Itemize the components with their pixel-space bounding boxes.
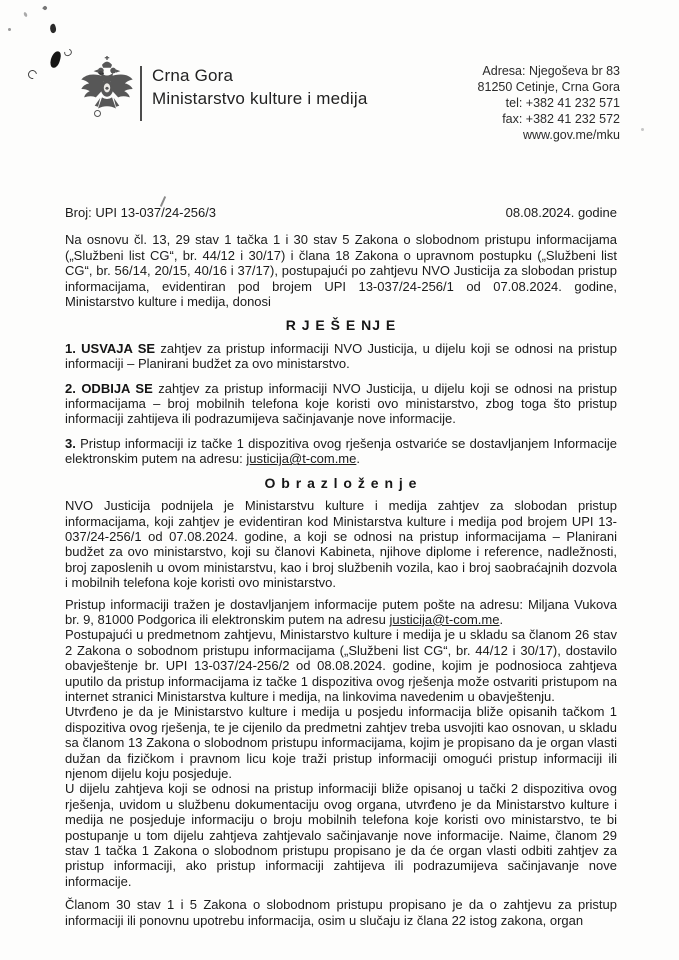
- ministry-name: Ministarstvo kulture i medija: [152, 87, 368, 110]
- ink-smudge: [8, 28, 11, 31]
- letterhead-divider: [140, 66, 142, 121]
- ink-smudge: [42, 5, 48, 11]
- document-date: 08.08.2024. godine: [506, 205, 617, 220]
- legal-basis-paragraph: Na osnovu čl. 13, 29 stav 1 tačka 1 i 30…: [65, 232, 617, 309]
- explanation-block: Pristup informaciji tražen je dostavljan…: [65, 597, 617, 890]
- meta-row: Broj: UPI 13-037/24-256/3 08.08.2024. go…: [65, 205, 617, 220]
- scanned-document-page: Crna Gora Ministarstvo kulture i medija …: [0, 0, 679, 960]
- contact-fax: fax: +382 41 232 572: [478, 111, 620, 127]
- country-name: Crna Gora: [152, 64, 368, 87]
- refusal-paragraph: U dijelu zahtjeva koji se odnosi na pris…: [65, 781, 617, 889]
- delivery-text: Pristup informaciji tražen je dostavljan…: [65, 597, 617, 627]
- request-paragraph: NVO Justicija podnijela je Ministarstvu …: [65, 498, 617, 590]
- delivery-text-after: .: [499, 612, 503, 627]
- issuer-block: Crna Gora Ministarstvo kulture i medija: [152, 64, 368, 110]
- decision-item-2-lead: 2. ODBIJA SE: [65, 381, 153, 396]
- decision-item-1: 1. USVAJA SE zahtjev za pristup informac…: [65, 341, 617, 372]
- document-number: Broj: UPI 13-037/24-256/3: [65, 205, 216, 220]
- ink-smudge: [49, 50, 62, 69]
- contact-block: Adresa: Njegoševa br 83 81250 Cetinje, C…: [478, 63, 620, 143]
- finding-paragraph: Utvrđeno je da je Ministarstvo kulture i…: [65, 704, 617, 781]
- ink-smudge: [49, 23, 57, 33]
- ink-smudge: [63, 47, 73, 57]
- ink-smudge: [641, 128, 644, 131]
- explanation-title: O b r a z l o ž e n j e: [65, 476, 617, 491]
- decision-item-3-after: .: [356, 451, 360, 466]
- contact-address-line1: Adresa: Njegoševa br 83: [478, 63, 620, 79]
- ink-smudge: [23, 12, 28, 18]
- email-address: justicija@t-com.me: [246, 451, 356, 466]
- contact-website: www.gov.me/mku: [478, 127, 620, 143]
- contact-telephone: tel: +382 41 232 571: [478, 95, 620, 111]
- decision-title: R J E Š E NJ E: [65, 318, 617, 333]
- article30-paragraph: Članom 30 stav 1 i 5 Zakona o slobodnom …: [65, 897, 617, 928]
- email-address: justicija@t-com.me: [389, 612, 499, 627]
- decision-item-3-lead: 3.: [65, 436, 76, 451]
- decision-item-3: 3. Pristup informaciji iz tačke 1 dispoz…: [65, 436, 617, 467]
- ink-smudge: [26, 68, 39, 81]
- contact-address-line2: 81250 Cetinje, Crna Gora: [478, 79, 620, 95]
- decision-item-2: 2. ODBIJA SE zahtjev za pristup informac…: [65, 381, 617, 427]
- delivery-paragraph: Pristup informaciji tražen je dostavljan…: [65, 597, 617, 628]
- decision-item-1-lead: 1. USVAJA SE: [65, 341, 155, 356]
- document-body: Broj: UPI 13-037/24-256/3 08.08.2024. go…: [65, 205, 617, 928]
- montenegro-coat-of-arms-icon: [79, 56, 135, 128]
- notice-paragraph: Postupajući u predmetnom zahtjevu, Minis…: [65, 627, 617, 704]
